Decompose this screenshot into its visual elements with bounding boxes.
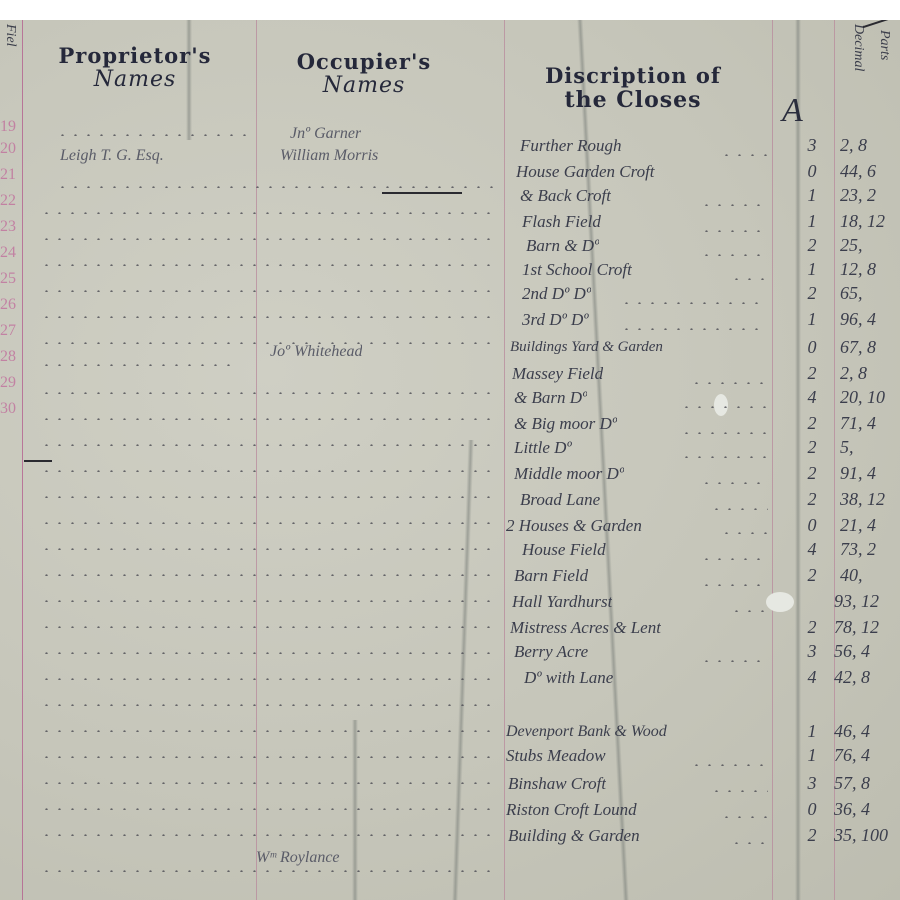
occupier-header-line1: Occupier's bbox=[297, 49, 431, 74]
acres-value: 1 bbox=[800, 744, 824, 767]
acres-value: 2 bbox=[800, 616, 824, 639]
close-description: Barn Field bbox=[514, 564, 588, 587]
decimal-value: 96, 4 bbox=[840, 308, 876, 331]
close-description: 2nd Dº Dº bbox=[522, 282, 591, 305]
decimal-value: 38, 12 bbox=[840, 488, 885, 511]
header-rule bbox=[863, 20, 900, 28]
decimal-value: 46, 4 bbox=[834, 720, 870, 743]
decimal-value: 57, 8 bbox=[834, 772, 870, 795]
decimal-value: 93, 12 bbox=[834, 590, 879, 613]
decimal-value: 20, 10 bbox=[840, 386, 885, 409]
acres-value: 0 bbox=[800, 336, 824, 359]
ledger-row: Devenport Bank & Wood 1 46, 4 bbox=[0, 720, 900, 743]
decimal-value: 21, 4 bbox=[840, 514, 876, 537]
decimal-value: 5, bbox=[840, 436, 854, 459]
close-description: & Back Croft bbox=[520, 184, 611, 207]
close-description: & Big moor Dº bbox=[514, 412, 617, 435]
acres-value: 3 bbox=[800, 772, 824, 795]
acres-value: 2 bbox=[800, 488, 824, 511]
decimal-value: 67, 8 bbox=[840, 336, 876, 359]
close-description: Massey Field bbox=[512, 362, 603, 385]
close-description: Little Dº bbox=[514, 436, 572, 459]
acres-value: 4 bbox=[800, 538, 824, 561]
close-description: Binshaw Croft bbox=[508, 772, 606, 795]
acres-value: 2 bbox=[800, 564, 824, 587]
decimal-value: 78, 12 bbox=[834, 616, 879, 639]
ledger-row: House Garden Croft 0 44, 6 bbox=[0, 160, 900, 183]
ledger-page: Fiel Proprietor's Names Occupier's Names… bbox=[0, 20, 900, 900]
close-description: Barn & Dº bbox=[526, 234, 599, 257]
decimal-value: 56, 4 bbox=[834, 640, 870, 663]
acres-value: 2 bbox=[800, 462, 824, 485]
decimal-value: 35, 100 bbox=[834, 824, 888, 847]
occupier-header: Occupier's Names bbox=[264, 50, 464, 98]
decimal-value: 40, bbox=[840, 564, 863, 587]
description-header-line2: the Closes bbox=[508, 88, 758, 112]
description-header: Discription of the Closes bbox=[508, 64, 758, 112]
close-description: Stubs Meadow bbox=[506, 744, 606, 767]
close-description: House Garden Croft bbox=[516, 160, 655, 183]
close-description: Hall Yardhurst bbox=[512, 590, 612, 613]
decimal-header: Decimal bbox=[850, 24, 866, 71]
close-description: 1st School Croft bbox=[522, 258, 632, 281]
proprietor-header: Proprietor's Names bbox=[30, 44, 240, 92]
close-description: Mistress Acres & Lent bbox=[510, 616, 661, 639]
close-description: Further Rough bbox=[520, 134, 622, 157]
acres-value: 1 bbox=[800, 308, 824, 331]
acres-value: 3 bbox=[800, 134, 824, 157]
decimal-value: 42, 8 bbox=[834, 666, 870, 689]
acres-value: 0 bbox=[800, 514, 824, 537]
close-description: Devenport Bank & Wood bbox=[506, 720, 667, 743]
acres-value: 0 bbox=[800, 160, 824, 183]
acres-value: 0 bbox=[800, 798, 824, 821]
acres-value: 2 bbox=[800, 282, 824, 305]
close-description: Building & Garden bbox=[508, 824, 640, 847]
acres-value: 4 bbox=[800, 386, 824, 409]
acres-value: 2 bbox=[800, 362, 824, 385]
decimal-value: 76, 4 bbox=[834, 744, 870, 767]
acres-value: 1 bbox=[800, 210, 824, 233]
close-description: House Field bbox=[522, 538, 606, 561]
close-description: Dº with Lane bbox=[524, 666, 613, 689]
close-description: Broad Lane bbox=[520, 488, 600, 511]
close-description: 3rd Dº Dº bbox=[522, 308, 589, 331]
acres-value: 4 bbox=[800, 666, 824, 689]
field-number-header: Fiel bbox=[2, 24, 18, 47]
close-description: 2 Houses & Garden bbox=[506, 514, 642, 537]
description-header-line1: Discription of bbox=[545, 63, 721, 88]
decimal-value: 73, 2 bbox=[840, 538, 876, 561]
acres-value: 1 bbox=[800, 258, 824, 281]
occupier-header-line2: Names bbox=[264, 74, 464, 98]
proprietor-header-line2: Names bbox=[30, 68, 240, 92]
acres-value bbox=[800, 590, 824, 613]
decimal-value: 25, bbox=[840, 234, 863, 257]
decimal-value: 36, 4 bbox=[834, 798, 870, 821]
ledger-row: Dº with Lane 4 42, 8 bbox=[0, 666, 900, 689]
acres-value: 2 bbox=[800, 824, 824, 847]
decimal-value: 2, 8 bbox=[840, 362, 867, 385]
occupier-name: Wᵐ Roylance bbox=[256, 846, 340, 869]
proprietor-header-line1: Proprietor's bbox=[59, 43, 212, 68]
decimal-value: 12, 8 bbox=[840, 258, 876, 281]
decimal-value: 44, 6 bbox=[840, 160, 876, 183]
acres-value: 1 bbox=[800, 184, 824, 207]
close-description: Buildings Yard & Garden bbox=[510, 336, 663, 359]
close-description: Flash Field bbox=[522, 210, 601, 233]
decimal-value: 65, bbox=[840, 282, 863, 305]
decimal-value: 2, 8 bbox=[840, 134, 867, 157]
close-description: Riston Croft Lound bbox=[506, 798, 637, 821]
ledger-row: Buildings Yard & Garden 0 67, 8 bbox=[0, 336, 900, 359]
acres-value: 2 bbox=[800, 412, 824, 435]
close-description: Berry Acre bbox=[514, 640, 588, 663]
parts-header: Parts bbox=[876, 30, 892, 60]
decimal-value: 23, 2 bbox=[840, 184, 876, 207]
close-description: Middle moor Dº bbox=[514, 462, 624, 485]
decimal-value: 71, 4 bbox=[840, 412, 876, 435]
decimal-value: 18, 12 bbox=[840, 210, 885, 233]
decimal-value: 91, 4 bbox=[840, 462, 876, 485]
ledger-row: Mistress Acres & Lent 2 78, 12 bbox=[0, 616, 900, 639]
acres-value: 2 bbox=[800, 234, 824, 257]
close-description: & Barn Dº bbox=[514, 386, 587, 409]
acres-value: 1 bbox=[800, 720, 824, 743]
acres-value: 2 bbox=[800, 436, 824, 459]
acres-value: 3 bbox=[800, 640, 824, 663]
acres-header: A bbox=[782, 92, 803, 130]
